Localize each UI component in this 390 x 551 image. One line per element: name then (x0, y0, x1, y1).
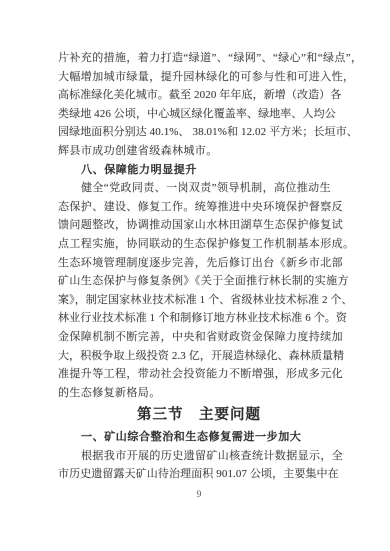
section-heading: 第三节 主要问题 (58, 403, 340, 427)
body-line: 点工程实施，协同联动的生态保护修复工作机制基本形成。 (58, 235, 340, 254)
body-line: 林业行业技术标准 1 个和制修订地方林业技术标准 6 个。资 (58, 309, 340, 328)
document-page: 片补充的措施，着力打造“绿道”、“绿网”、“绿心”和“绿点”， 大幅增加城市绿量… (0, 0, 390, 551)
body-line: 态保护、建设、修复工作。统筹推进中央环境保护督察反 (58, 198, 340, 217)
body-line: 高标准绿化美化城市。截至 2020 年年底，新增（改造）各 (58, 86, 340, 105)
page-number: 9 (58, 488, 340, 502)
body-line: 市历史遗留露天矿山待治理面积 901.07 公顷，主要集中在 (58, 465, 340, 484)
body-line: 片补充的措施，着力打造“绿道”、“绿网”、“绿心”和“绿点”， (58, 49, 340, 68)
body-line: 案》，制定国家林业技术标准 1 个、省级林业技术标准 2 个、 (58, 291, 340, 310)
body-line: 健全“党政同责、一岗双责”领导机制，高位推动生 (58, 179, 340, 198)
subheading-mine: 一、矿山综合整治和生态修复需进一步加大 (58, 428, 340, 447)
body-line: 大幅增加城市绿量，提升园林绿化的可参与性和可进入性， (58, 68, 340, 87)
body-line: 生态环境管理制度逐步完善，先后修订出台《新乡市北部 (58, 254, 340, 273)
body-line: 矿山生态保护与修复条例》《关于全面推行林长制的实施方 (58, 272, 340, 291)
body-line: 辉县市成功创建省级森林城市。 (58, 142, 340, 161)
body-line: 根据我市开展的历史遗留矿山核查统计数据显示，全 (58, 447, 340, 466)
body-line: 准提升等工程，带动社会投资能力不断增强，形成多元化 (58, 365, 340, 384)
body-line: 园绿地面积分别达 40.1%、 38.01%和 12.02 平方米；长垣市、 (58, 123, 340, 142)
body-line: 的生态修复新格局。 (58, 384, 340, 403)
body-line: 大，积极争取上级投资 2.3 亿，开展造林绿化、森林质量精 (58, 347, 340, 366)
document-body: 片补充的措施，着力打造“绿道”、“绿网”、“绿心”和“绿点”， 大幅增加城市绿量… (58, 49, 340, 502)
body-line: 金保障机制不断完善，中央和省财政资金保障力度持续加 (58, 328, 340, 347)
body-line: 馈问题整改，协调推动国家山水林田湖草生态保护修复试 (58, 216, 340, 235)
subheading-capability: 八、保障能力明显提升 (58, 161, 340, 180)
body-line: 类绿地 426 公顷，中心城区绿化覆盖率、绿地率、人均公 (58, 105, 340, 124)
